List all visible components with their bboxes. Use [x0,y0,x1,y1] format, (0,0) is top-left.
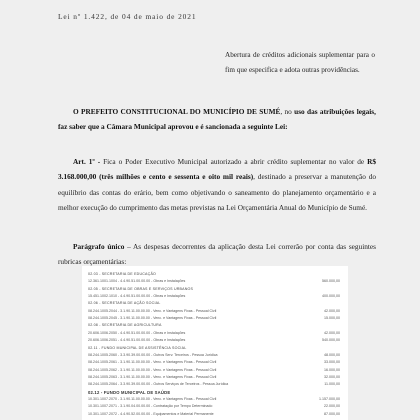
law-summary: Abertura de créditos adicionais suplemen… [225,48,375,77]
budget-group-row: 02.12 - FUNDO MUNICIPAL DE SAÚDE [88,389,344,396]
budget-row-description: 10.301.1007.2072 - 4.4.90.52.00.00.00 - … [88,411,308,418]
budget-item-row: 10.301.1007.2071 - 3.1.90.04.00.00.00 - … [88,403,344,410]
budget-row-value: 33.000,00 [324,359,340,366]
budget-row-value: 1.157.000,00 [319,396,340,403]
budget-item-row: 20.606.1006.2050 - 4.4.90.51.00.00.00 - … [88,330,344,337]
law-number-heading: Lei nº 1.422, de 04 de maio de 2021 [58,12,196,21]
budget-row-description: 08.244.1005.2064 - 3.3.90.39.00.00.00 - … [88,381,308,388]
budget-row-value: 15.000,00 [324,315,340,322]
budget-row-value: 32.000,00 [324,374,340,381]
budget-group-row: 02.03 - SECRETARIA DE EDUCAÇÃO [88,271,344,278]
preamble-connector: , no [280,107,294,116]
preamble-authority: O PREFEITO CONSTITUCIONAL DO MUNICÍPIO D… [73,107,280,116]
budget-item-row: 12.361.1001.1004 - 4.4.90.51.00.00.00 - … [88,278,344,285]
article-1-label: Art. 1º - [73,157,100,166]
budget-row-description: 08.244.1005.2044 - 3.1.90.11.00.00.00 - … [88,308,308,315]
budget-item-row: 15.451.1002.1010 - 4.4.90.51.00.00.00 - … [88,293,344,300]
budget-row-description: 12.361.1001.1004 - 4.4.90.51.00.00.00 - … [88,278,308,285]
budget-row-description: 02.11 - FUNDO MUNICIPAL DE ASSISTÊNCIA S… [88,345,308,352]
budget-row-description: 08.244.1005.2061 - 3.1.90.11.00.00.00 - … [88,359,308,366]
budget-item-row: 08.244.1005.2060 - 3.3.90.39.00.00.00 - … [88,352,344,359]
budget-item-row: 10.301.1007.2070 - 3.1.90.11.00.00.00 - … [88,396,344,403]
article-1-text-a: Fica o Poder Executivo Municipal autoriz… [100,157,367,166]
budget-item-row: 08.244.1005.2045 - 3.1.90.11.00.00.00 - … [88,315,344,322]
budget-row-description: 08.244.1005.2045 - 3.1.90.11.00.00.00 - … [88,315,308,322]
budget-row-value: 87.000,00 [324,411,340,418]
budget-row-value: 42.000,00 [324,330,340,337]
budget-group-row: 02.11 - FUNDO MUNICIPAL DE ASSISTÊNCIA S… [88,345,344,352]
budget-item-row: 08.244.1005.2061 - 3.1.90.11.00.00.00 - … [88,359,344,366]
sole-paragraph-label: Parágrafo único [73,242,124,251]
budget-row-description: 08.244.1005.2062 - 3.1.90.11.00.00.00 - … [88,367,308,374]
budget-row-description: 10.301.1007.2071 - 3.1.90.04.00.00.00 - … [88,403,308,410]
budget-row-description: 02.03 - SECRETARIA DE EDUCAÇÃO [88,271,308,278]
budget-item-row: 20.606.1006.2051 - 4.4.90.51.00.00.00 - … [88,337,344,344]
budget-group-row: 02.08 - SECRETARIA DE AGRICULTURA [88,322,344,329]
budget-row-description: 15.451.1002.1010 - 4.4.90.51.00.00.00 - … [88,293,308,300]
budget-row-value: 16.000,00 [324,367,340,374]
article-1-paragraph: Art. 1º - Fica o Poder Executivo Municip… [58,154,376,216]
budget-row-description: 02.05 - SECRETARIA DE OBRAS E SERVIÇOS U… [88,286,308,293]
budget-group-row: 02.06 - SECRETARIA DE AÇÃO SOCIAL [88,300,344,307]
budget-table-image: 02.03 - SECRETARIA DE EDUCAÇÃO12.361.100… [82,266,348,420]
budget-row-description: 08.244.1005.2060 - 3.3.90.39.00.00.00 - … [88,352,308,359]
budget-row-value: 42.000,00 [324,308,340,315]
budget-row-value: 22.000,00 [324,403,340,410]
budget-item-row: 08.244.1005.2044 - 3.1.90.11.00.00.00 - … [88,308,344,315]
budget-row-value: 560.000,00 [322,278,340,285]
budget-item-row: 08.244.1005.2063 - 3.1.90.11.00.00.00 - … [88,374,344,381]
budget-item-row: 08.244.1005.2064 - 3.3.90.39.00.00.00 - … [88,381,344,388]
budget-row-description: 08.244.1005.2063 - 3.1.90.11.00.00.00 - … [88,374,308,381]
budget-row-description: 02.12 - FUNDO MUNICIPAL DE SAÚDE [88,389,308,396]
budget-row-description: 10.301.1007.2070 - 3.1.90.11.00.00.00 - … [88,396,308,403]
budget-row-description: 02.08 - SECRETARIA DE AGRICULTURA [88,322,308,329]
budget-item-row: 10.301.1007.2072 - 4.4.90.52.00.00.00 - … [88,411,344,418]
budget-item-row: 08.244.1005.2062 - 3.1.90.11.00.00.00 - … [88,367,344,374]
budget-row-description: 02.06 - SECRETARIA DE AÇÃO SOCIAL [88,300,308,307]
budget-row-value: 400.000,00 [322,293,340,300]
budget-row-value: 11.000,00 [324,381,340,388]
budget-row-description: 20.606.1006.2050 - 4.4.90.51.00.00.00 - … [88,330,308,337]
budget-row-description: 20.606.1006.2051 - 4.4.90.51.00.00.00 - … [88,337,308,344]
budget-row-value: 48.000,00 [324,352,340,359]
preamble-paragraph: O PREFEITO CONSTITUCIONAL DO MUNICÍPIO D… [58,104,376,135]
budget-row-value: 540.000,00 [322,337,340,344]
budget-group-row: 02.05 - SECRETARIA DE OBRAS E SERVIÇOS U… [88,286,344,293]
